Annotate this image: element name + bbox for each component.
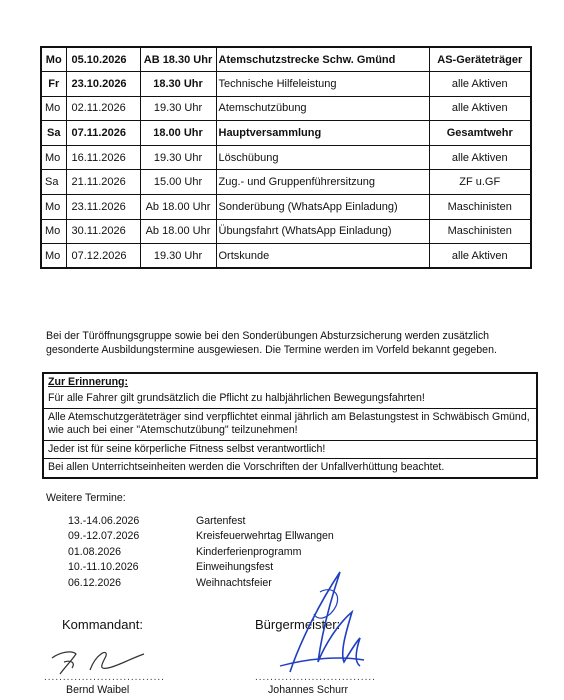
date-cell: 07.12.2026 (66, 244, 140, 269)
group-cell: alle Aktiven (429, 244, 531, 269)
day-cell: Mo (41, 219, 66, 244)
time-cell: Ab 18.00 Uhr (140, 195, 216, 220)
event-cell: Technische Hilfeleistung (216, 72, 429, 97)
further-date-item: 13.-14.06.2026Gartenfest (68, 513, 334, 529)
schedule-row: Mo16.11.202619.30 UhrLöschübungalle Akti… (41, 145, 531, 170)
reminder-title: Zur Erinnerung: (44, 374, 536, 390)
reminder-line: Für alle Fahrer gilt grundsätzlich die P… (44, 390, 536, 408)
group-cell: Gesamtwehr (429, 121, 531, 146)
group-cell: alle Aktiven (429, 96, 531, 121)
day-cell: Mo (41, 96, 66, 121)
group-cell: Maschinisten (429, 195, 531, 220)
time-cell: 19.30 Uhr (140, 244, 216, 269)
time-cell: AB 18.30 Uhr (140, 47, 216, 72)
day-cell: Mo (41, 47, 66, 72)
schedule-row: Sa21.11.202615.00 UhrZug.- und Gruppenfü… (41, 170, 531, 195)
reminder-line: Alle Atemschutzgeräteträger sind verpfli… (44, 408, 536, 440)
event-cell: Hauptversammlung (216, 121, 429, 146)
event-cell: Löschübung (216, 145, 429, 170)
event-cell: Atemschutzübung (216, 96, 429, 121)
date-cell: 30.11.2026 (66, 219, 140, 244)
mayor-signature-line: ................................ (255, 672, 376, 683)
reminder-line: Jeder ist für seine körperliche Fitness … (44, 440, 536, 459)
further-event: Gartenfest (196, 515, 245, 527)
day-cell: Sa (41, 121, 66, 146)
schedule-row: Mo05.10.2026AB 18.30 UhrAtemschutzstreck… (41, 47, 531, 72)
date-cell: 23.10.2026 (66, 72, 140, 97)
mayor-signature-icon (260, 562, 370, 682)
time-cell: Ab 18.00 Uhr (140, 219, 216, 244)
time-cell: 19.30 Uhr (140, 145, 216, 170)
time-cell: 18.00 Uhr (140, 121, 216, 146)
time-cell: 18.30 Uhr (140, 72, 216, 97)
group-cell: Maschinisten (429, 219, 531, 244)
schedule-row: Mo23.11.2026Ab 18.00 UhrSonderübung (Wha… (41, 195, 531, 220)
date-cell: 21.11.2026 (66, 170, 140, 195)
schedule-row: Sa07.11.202618.00 UhrHauptversammlungGes… (41, 121, 531, 146)
group-cell: alle Aktiven (429, 72, 531, 97)
group-cell: ZF u.GF (429, 170, 531, 195)
event-cell: Sonderübung (WhatsApp Einladung) (216, 195, 429, 220)
training-note: Bei der Türöffnungsgruppe sowie bei den … (46, 330, 536, 357)
date-cell: 07.11.2026 (66, 121, 140, 146)
further-date: 13.-14.06.2026 (68, 515, 196, 527)
further-date-item: 01.08.2026Kinderferienprogramm (68, 544, 334, 560)
date-cell: 16.11.2026 (66, 145, 140, 170)
further-date: 06.12.2026 (68, 577, 196, 589)
date-cell: 05.10.2026 (66, 47, 140, 72)
event-cell: Ortskunde (216, 244, 429, 269)
event-cell: Zug.- und Gruppenführersitzung (216, 170, 429, 195)
day-cell: Mo (41, 244, 66, 269)
further-dates-title: Weitere Termine: (46, 492, 126, 504)
event-cell: Atemschutzstrecke Schw. Gmünd (216, 47, 429, 72)
further-date: 10.-11.10.2026 (68, 561, 196, 573)
date-cell: 02.11.2026 (66, 96, 140, 121)
commander-name: Bernd Waibel (66, 684, 129, 696)
further-event: Kinderferienprogramm (196, 546, 301, 558)
further-date: 09.-12.07.2026 (68, 530, 196, 542)
schedule-row: Fr23.10.202618.30 UhrTechnische Hilfelei… (41, 72, 531, 97)
event-cell: Übungsfahrt (WhatsApp Einladung) (216, 219, 429, 244)
day-cell: Mo (41, 195, 66, 220)
day-cell: Mo (41, 145, 66, 170)
group-cell: AS-Geräteträger (429, 47, 531, 72)
commander-label: Kommandant: (62, 617, 143, 632)
mayor-name: Johannes Schurr (268, 684, 348, 696)
reminder-line: Bei allen Unterrichtseinheiten werden di… (44, 458, 536, 477)
date-cell: 23.11.2026 (66, 195, 140, 220)
schedule-row: Mo30.11.2026Ab 18.00 UhrÜbungsfahrt (Wha… (41, 219, 531, 244)
schedule-row: Mo07.12.202619.30 UhrOrtskundealle Aktiv… (41, 244, 531, 269)
day-cell: Fr (41, 72, 66, 97)
further-date: 01.08.2026 (68, 546, 196, 558)
day-cell: Sa (41, 170, 66, 195)
time-cell: 19.30 Uhr (140, 96, 216, 121)
group-cell: alle Aktiven (429, 145, 531, 170)
time-cell: 15.00 Uhr (140, 170, 216, 195)
reminder-box: Zur Erinnerung: Für alle Fahrer gilt gru… (42, 372, 538, 479)
further-event: Kreisfeuerwehrtag Ellwangen (196, 530, 334, 542)
commander-signature-line: ................................ (44, 672, 165, 683)
schedule-row: Mo02.11.202619.30 UhrAtemschutzübungalle… (41, 96, 531, 121)
schedule-table: Mo05.10.2026AB 18.30 UhrAtemschutzstreck… (40, 46, 532, 269)
further-date-item: 09.-12.07.2026Kreisfeuerwehrtag Ellwange… (68, 529, 334, 545)
